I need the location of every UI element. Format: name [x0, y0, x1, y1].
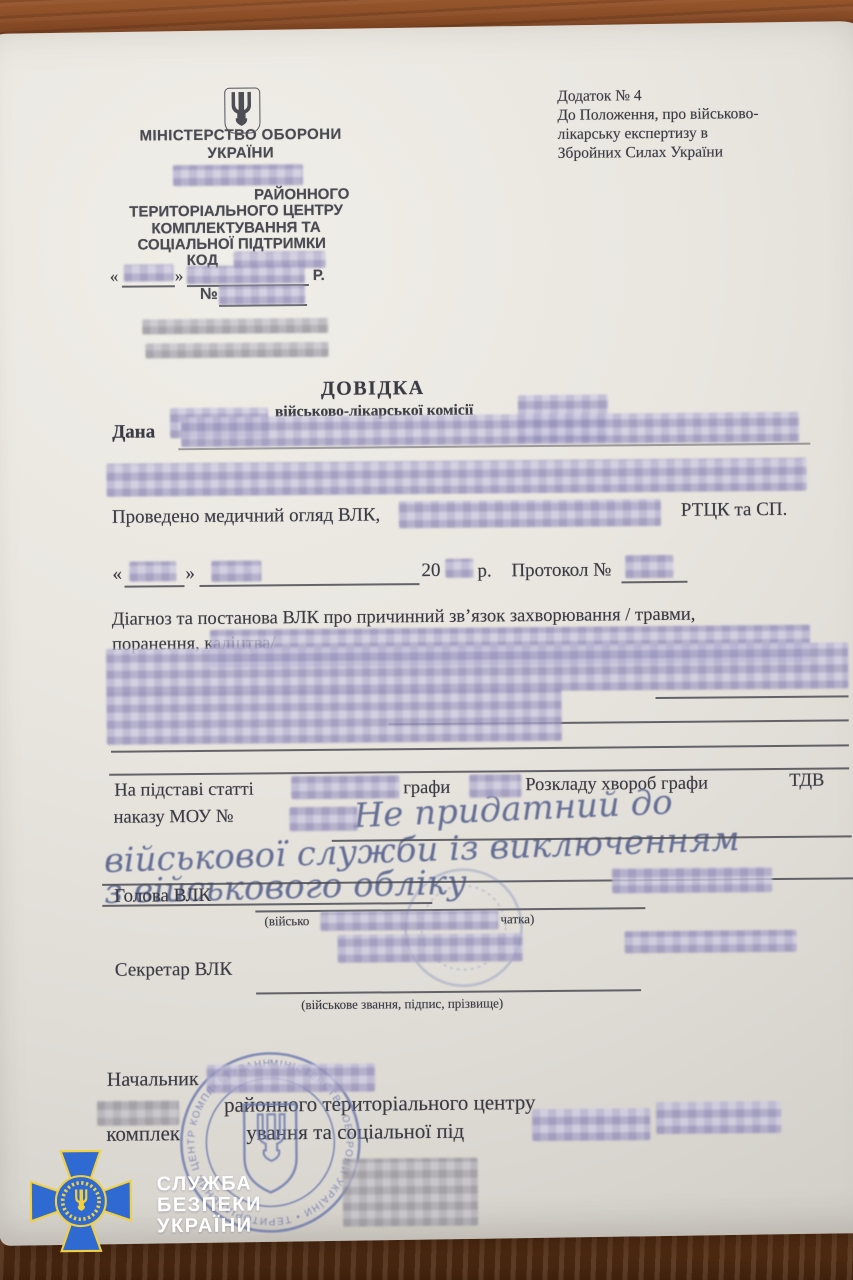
redacted-blur [625, 555, 673, 578]
redacted-blur [399, 499, 661, 528]
year-suffix-label: Р. [313, 267, 325, 284]
redacted-blur [106, 458, 806, 497]
exam-line-suffix: РТЦК та СП. [681, 499, 788, 522]
redacted-blur [207, 1063, 375, 1092]
redacted-blur [469, 774, 521, 797]
redacted-blur [187, 265, 305, 284]
ruled-line [656, 695, 849, 698]
redacted-blur [343, 1158, 479, 1227]
ruled-line [621, 581, 687, 583]
year-prefix: 20 [421, 560, 440, 582]
redacted-blur [124, 264, 174, 281]
document-content: МІНІСТЕРСТВО ОБОРОНИ УКРАЇНИ РАЙОННОГО Т… [0, 0, 853, 1280]
mou-order-label: наказу МОУ № [113, 807, 233, 829]
sbu-wordmark: СЛУЖБА БЕЗПЕКИ УКРАЇНИ [157, 1173, 263, 1237]
date-quote-open: « [110, 267, 119, 287]
ruled-line [200, 583, 420, 586]
tdv-label: ТДВ [789, 771, 824, 792]
redacted-blur [145, 342, 328, 359]
commission-secretary-label: Секретар ВЛК [115, 959, 232, 982]
sbu-emblem-icon [26, 1149, 135, 1254]
document-number-label: № [200, 286, 218, 304]
ministry-trident-emblem-frame [224, 87, 260, 133]
sbu-word-line1: СЛУЖБА [157, 1173, 262, 1195]
ruled-line [122, 285, 175, 287]
date-quote-close: » [185, 563, 195, 585]
basis-article-label: На підставі статті [114, 780, 254, 802]
ruled-line [125, 585, 185, 587]
redacted-blur [289, 807, 357, 832]
redacted-blur [97, 1100, 179, 1126]
redacted-blur [173, 164, 303, 186]
ruled-line [111, 744, 849, 752]
annex-line1: Додаток № 4 [557, 87, 642, 106]
redacted-blur [129, 561, 176, 581]
exam-line-label: Проведено медичний огляд ВЛК, [112, 504, 381, 528]
year-r-label: р. [477, 560, 491, 582]
redacted-blur [612, 867, 772, 893]
ministry-name-line2: УКРАЇНИ [126, 144, 356, 163]
document-title: ДОВІДКА [298, 377, 448, 401]
sbu-word-line2: БЕЗПЕКИ [157, 1194, 262, 1216]
annex-line2: До Положення, про військово- [557, 105, 758, 125]
redacted-blur [625, 930, 797, 954]
annex-line3: лікарську експертизу в [558, 125, 708, 144]
org-name-line2: ТЕРИТОРІАЛЬНОГО ЦЕНТРУ [129, 202, 343, 221]
redacted-blur [532, 1108, 650, 1141]
redacted-blur [338, 933, 523, 963]
secretary-note: (військове звання, підпис, прізвище) [301, 995, 503, 1013]
trident-icon [226, 90, 256, 128]
date-quote-open: « [112, 564, 122, 586]
redacted-blur [142, 318, 328, 335]
annex-line4: Збройних Силах України [558, 143, 723, 162]
redacted-blur [219, 285, 305, 305]
protocol-label: Протокол № [511, 559, 611, 582]
redacted-blur [106, 642, 848, 694]
redacted-blur [181, 412, 799, 447]
redacted-blur [320, 910, 498, 931]
issued-to-label: Дана [112, 421, 155, 443]
redacted-blur [656, 1101, 781, 1134]
redacted-blur [106, 689, 561, 745]
sbu-word-line3: УКРАЇНИ [157, 1215, 262, 1237]
redacted-blur [211, 560, 261, 581]
head-note-left: (військо [264, 913, 309, 929]
redacted-blur [445, 559, 473, 578]
stamp-trident-icon [258, 1114, 285, 1161]
photo-of-document: { "colors": { "desk": "#80451f", "paper"… [0, 0, 853, 1280]
date-quote-close: » [175, 266, 184, 286]
redacted-blur [291, 775, 399, 799]
